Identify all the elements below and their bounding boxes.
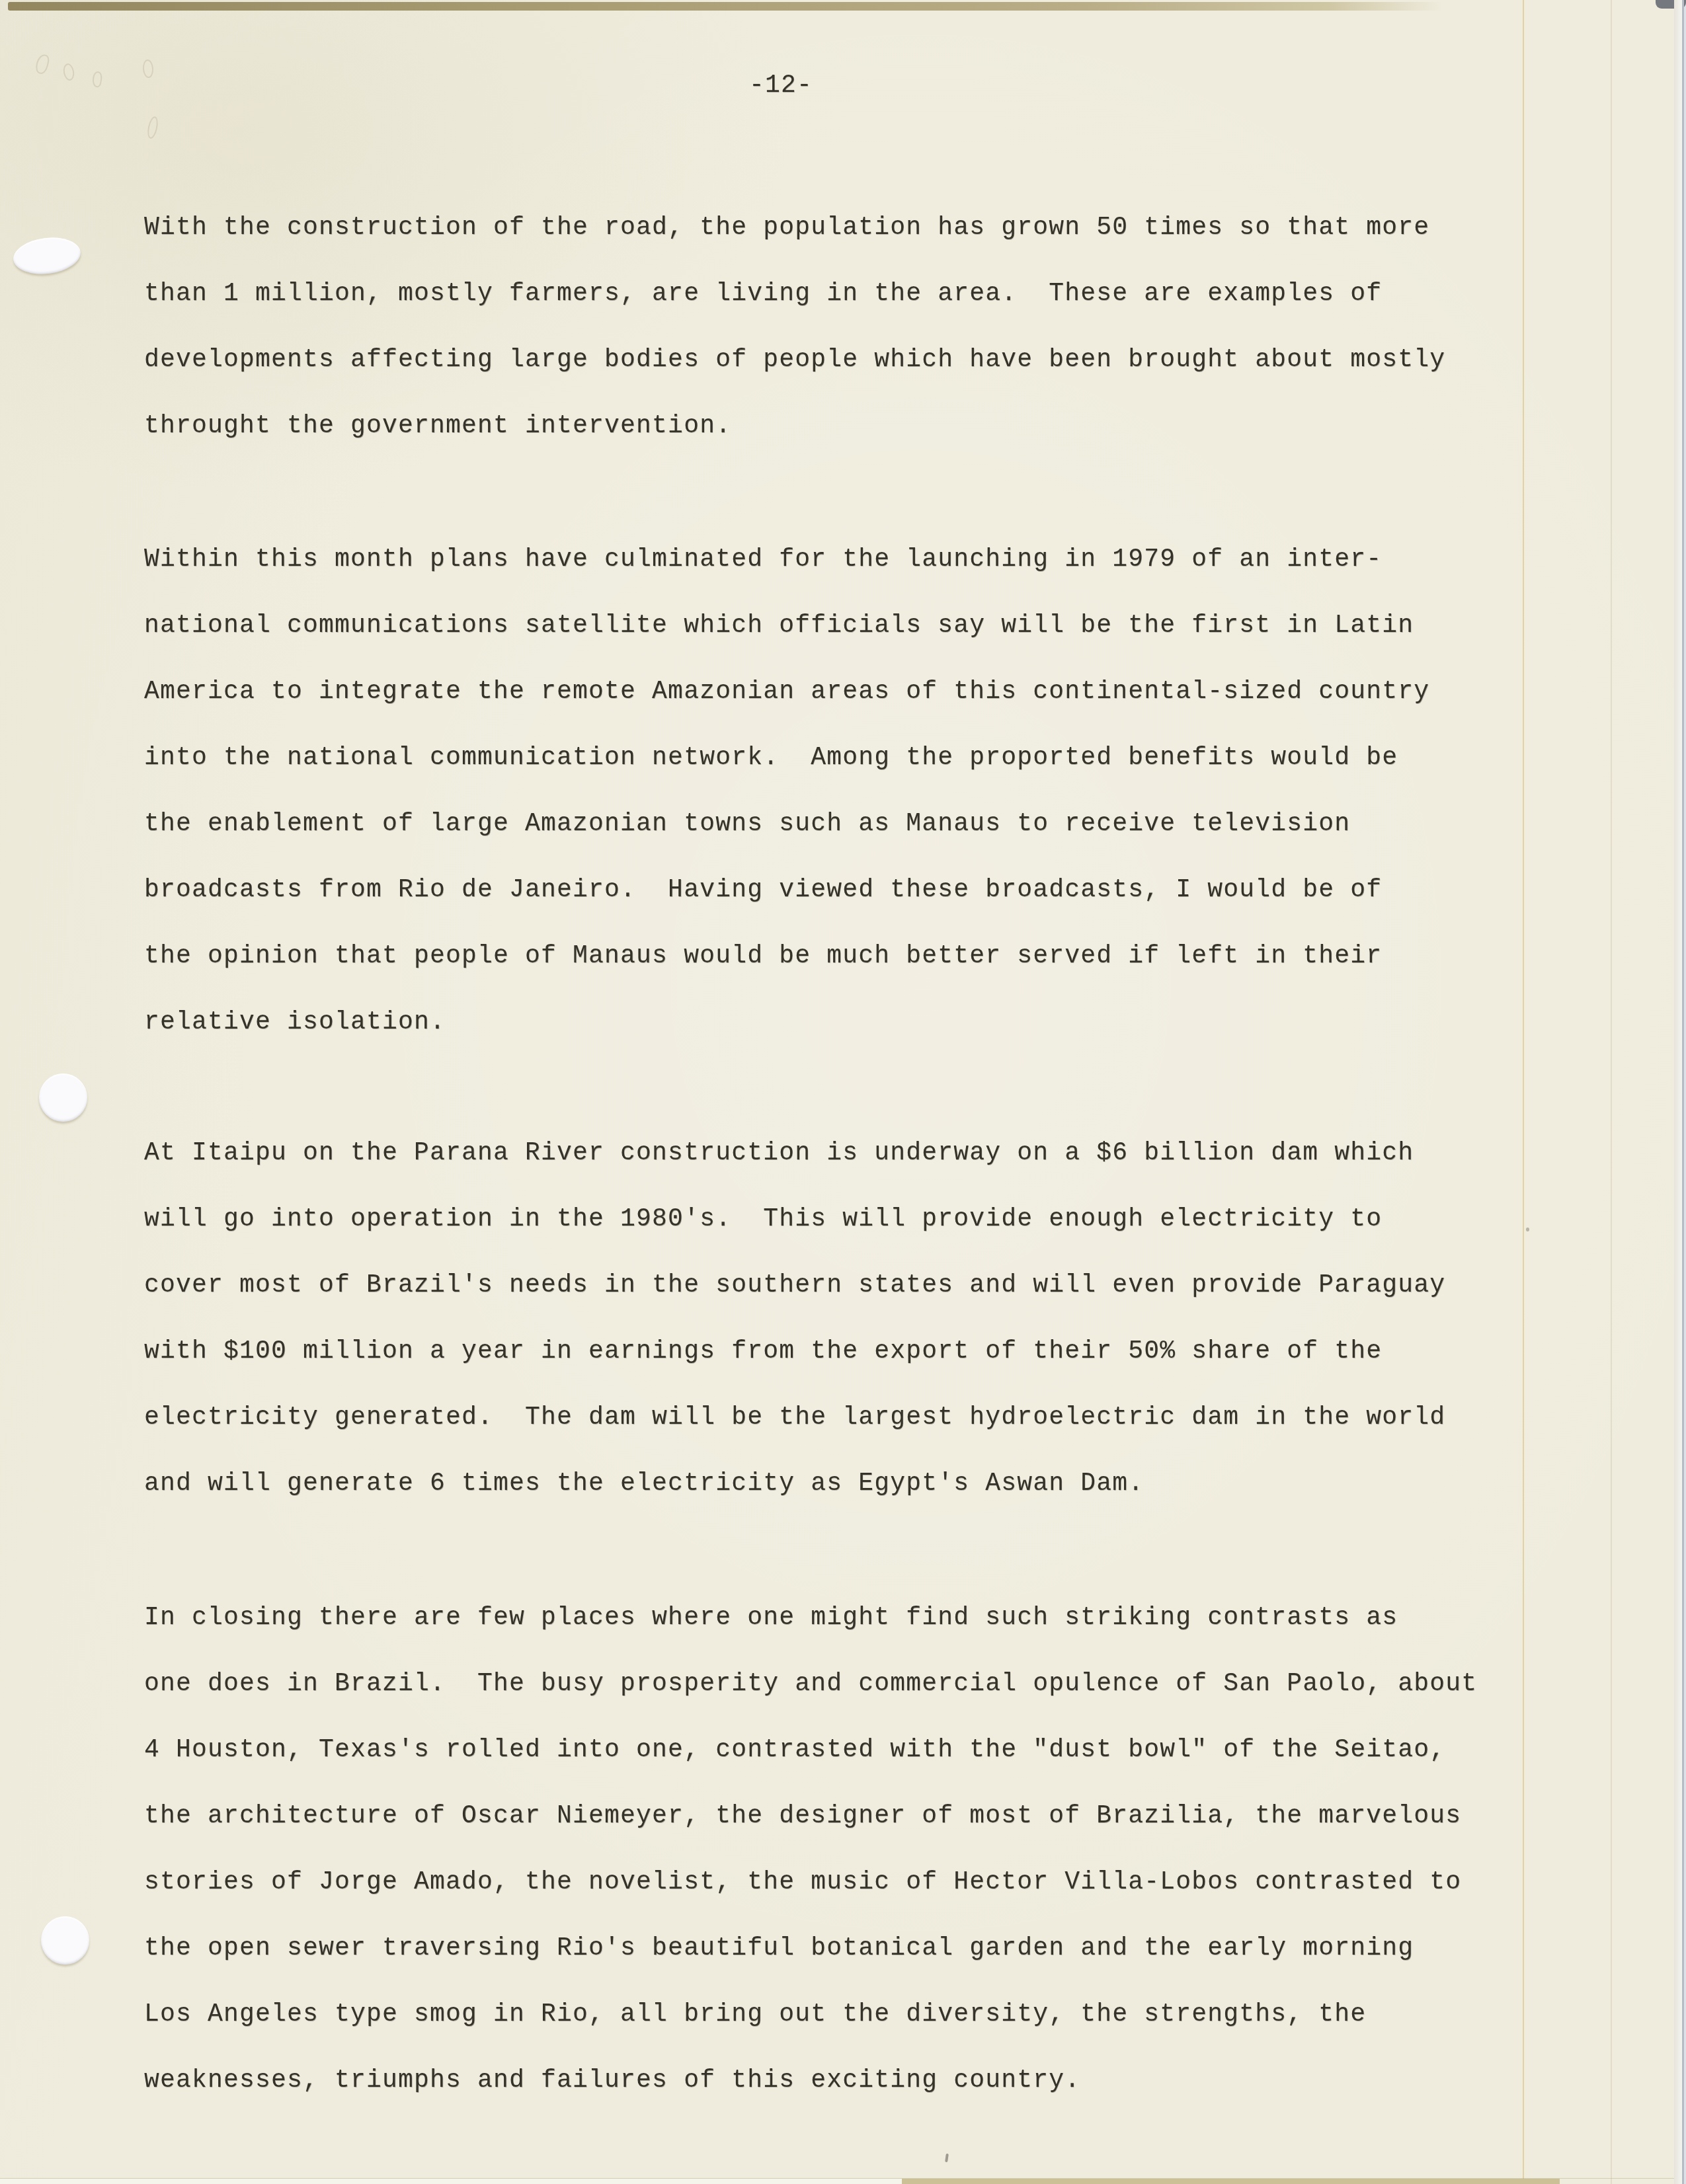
paragraph-itaipu-dam: At Itaipu on the Parana River constructi…	[144, 1120, 1638, 1517]
ghost-imprint	[62, 63, 75, 81]
paragraph-road-population: With the construction of the road, the p…	[144, 195, 1638, 459]
bottom-edge-tan	[902, 2179, 1560, 2184]
ghost-imprint	[146, 116, 160, 139]
punch-hole-bottom	[41, 1916, 89, 1965]
top-edge-shadow	[8, 2, 1443, 11]
punch-hole-top	[11, 234, 83, 278]
paragraph-satellite: Within this month plans have culminated …	[144, 527, 1638, 1056]
bottom-edge-white	[0, 2179, 902, 2184]
ghost-imprint	[91, 71, 102, 88]
document-page: -12- With the construction of the road, …	[0, 0, 1674, 2184]
ghost-imprint	[34, 53, 51, 75]
punch-hole-middle	[39, 1073, 87, 1122]
ink-speck	[945, 2154, 949, 2162]
ink-speck	[1526, 1228, 1529, 1231]
ghost-imprint	[142, 59, 154, 78]
page-number: -12-	[749, 53, 947, 119]
scanner-edge-line	[1682, 0, 1684, 2184]
page-right-edge	[1674, 0, 1682, 2184]
paragraph-closing: In closing there are few places where on…	[144, 1585, 1638, 2114]
